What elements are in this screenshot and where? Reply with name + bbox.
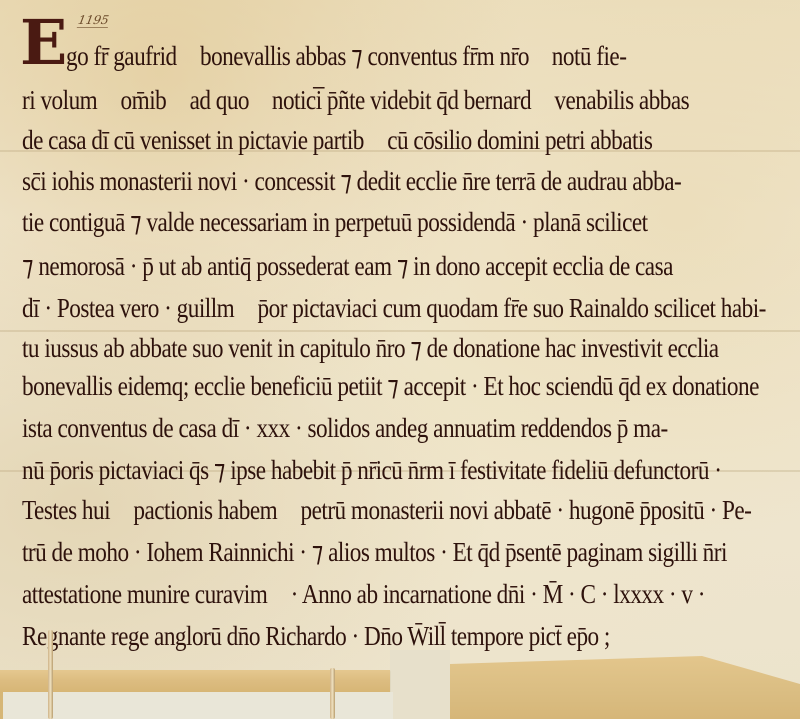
torn-edge (390, 650, 450, 719)
decorated-initial: E (20, 12, 67, 74)
text-line-5: tie contiguā ⁊ valde necessariam in perp… (22, 206, 648, 238)
text-line-9: bonevallis eidemq; ecclie beneficiū peti… (22, 370, 759, 402)
date-annotation: 1195 (77, 14, 110, 28)
text-line-6: ⁊ nemorosā · p̄ ut ab antiq̄ possederat … (22, 250, 673, 282)
text-line-13: trū de moho · Iohem Rainnichi · ⁊ alios … (22, 536, 727, 568)
seal-cord (48, 630, 53, 719)
text-line-11: nū p̄oris pictaviaci q̄s ⁊ ipse habebit … (22, 454, 721, 486)
text-line-14: attestatione munire curavim᷒ · Anno ab i… (22, 578, 705, 610)
text-line-8: tu iussus ab abbate suo venit in capitul… (22, 332, 719, 364)
text-line-1: go fr̄ gaufrid᷒ bonevallis abbas ⁊ conve… (66, 40, 626, 72)
seal-cord (330, 668, 335, 719)
text-line-2: ri volum᷒ om̄ib᷒ ad quoꝝ notici̅ p̄ñte v… (22, 84, 689, 116)
text-line-4: sc̄i iohis monasterii novi · concessit ⁊… (22, 165, 681, 197)
text-line-3: de casa dī cū venisset in pictavie parti… (22, 124, 652, 156)
text-line-7: dī · Postea vero · guillm᷒ p̄or pictavia… (22, 292, 766, 324)
text-line-12: Testes hui᷒ pactionis habem᷒ petrū monas… (22, 494, 751, 526)
text-line-10: ista conventus de casa dī · xxx · solido… (22, 412, 668, 444)
text-line-15: Regnante rege anglorū dn̄o Richardo · Dn… (22, 620, 610, 652)
